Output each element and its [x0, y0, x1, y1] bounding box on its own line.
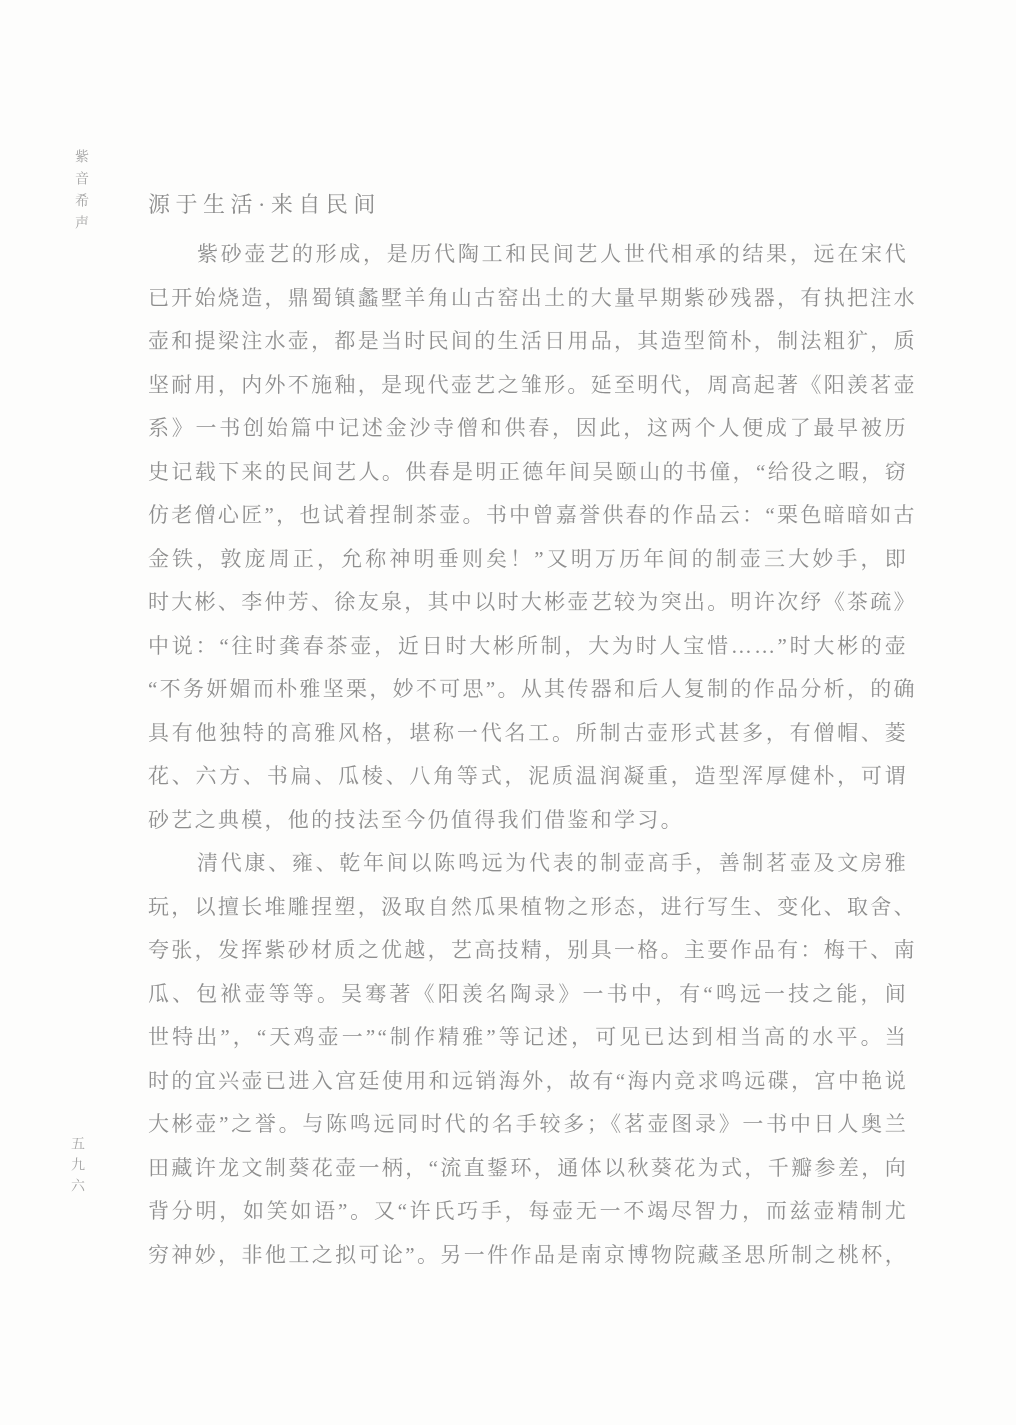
text-line: 紫砂壶艺的形成，是历代陶工和民间艺人世代相承的结果，远在宋代 — [148, 233, 908, 277]
text-line: 瓜、包袱壶等等。吴骞著《阳羡名陶录》一书中，有“鸣远一技之能，间 — [148, 973, 908, 1017]
body-text: 紫砂壶艺的形成，是历代陶工和民间艺人世代相承的结果，远在宋代已开始烧造，鼎蜀镇蠡… — [148, 233, 908, 1277]
book-spine-title: 紫音希声 — [70, 149, 90, 237]
text-line: 花、六方、书扁、瓜棱、八角等式，泥质温润凝重，造型浑厚健朴，可谓 — [148, 755, 908, 799]
text-line: 金铁，敦庞周正，允称神明垂则矣！”又明万历年间的制壶三大妙手，即 — [148, 538, 908, 582]
text-line: 穷神妙，非他工之拟可论”。另一件作品是南京博物院藏圣思所制之桃杯， — [148, 1234, 908, 1278]
section-title: 源于生活·来自民间 — [148, 190, 908, 220]
text-line: 时的宜兴壶已进入宫廷使用和远销海外，故有“海内竞求鸣远碟，宫中艳说 — [148, 1060, 908, 1104]
text-line: 系》一书创始篇中记述金沙寺僧和供春，因此，这两个人便成了最早被历 — [148, 407, 908, 451]
text-line: 壶和提梁注水壶，都是当时民间的生活日用品，其造型简朴，制法粗犷，质 — [148, 320, 908, 364]
text-line: 大彬壶”之誉。与陈鸣远同时代的名手较多；《茗壶图录》一书中日人奥兰 — [148, 1103, 908, 1147]
text-line: 仿老僧心匠”，也试着捏制茶壶。书中曾嘉誉供春的作品云：“栗色暗暗如古 — [148, 494, 908, 538]
text-line: 背分明，如笑如语”。又“许氏巧手，每壶无一不竭尽智力，而兹壶精制尤 — [148, 1190, 908, 1234]
text-line: 史记载下来的民间艺人。供春是明正德年间吴颐山的书僮，“给役之暇，窃 — [148, 451, 908, 495]
article: 源于生活·来自民间 紫砂壶艺的形成，是历代陶工和民间艺人世代相承的结果，远在宋代… — [148, 190, 908, 1277]
text-line: 世特出”，“天鸡壶一”“制作精雅”等记述，可见已达到相当高的水平。当 — [148, 1016, 908, 1060]
text-line: 田藏许龙文制葵花壶一柄，“流直鋬环，通体以秋葵花为式，千瓣参差，向 — [148, 1147, 908, 1191]
text-line: 玩，以擅长堆雕捏塑，汲取自然瓜果植物之形态，进行写生、变化、取舍、 — [148, 886, 908, 930]
text-line: 已开始烧造，鼎蜀镇蠡墅羊角山古窑出土的大量早期紫砂残器，有执把注水 — [148, 277, 908, 321]
text-line: 坚耐用，内外不施釉，是现代壶艺之雏形。延至明代，周高起著《阳羡茗壶 — [148, 364, 908, 408]
text-line: 具有他独特的高雅风格，堪称一代名工。所制古壶形式甚多，有僧帽、菱 — [148, 712, 908, 756]
text-line: 砂艺之典模，他的技法至今仍值得我们借鉴和学习。 — [148, 799, 908, 843]
book-page: 紫音希声 五九六 源于生活·来自民间 紫砂壶艺的形成，是历代陶工和民间艺人世代相… — [0, 0, 1016, 1425]
page-number: 五九六 — [66, 1136, 86, 1199]
text-line: 时大彬、李仲芳、徐友泉，其中以时大彬壶艺较为突出。明许次纾《茶疏》 — [148, 581, 908, 625]
text-line: 夸张，发挥紫砂材质之优越，艺高技精，别具一格。主要作品有：梅干、南 — [148, 929, 908, 973]
text-line: “不务妍媚而朴雅坚栗，妙不可思”。从其传器和后人复制的作品分析，的确 — [148, 668, 908, 712]
text-line: 清代康、雍、乾年间以陈鸣远为代表的制壶高手，善制茗壶及文房雅 — [148, 842, 908, 886]
text-line: 中说：“往时龚春茶壶，近日时大彬所制，大为时人宝惜……”时大彬的壶 — [148, 625, 908, 669]
